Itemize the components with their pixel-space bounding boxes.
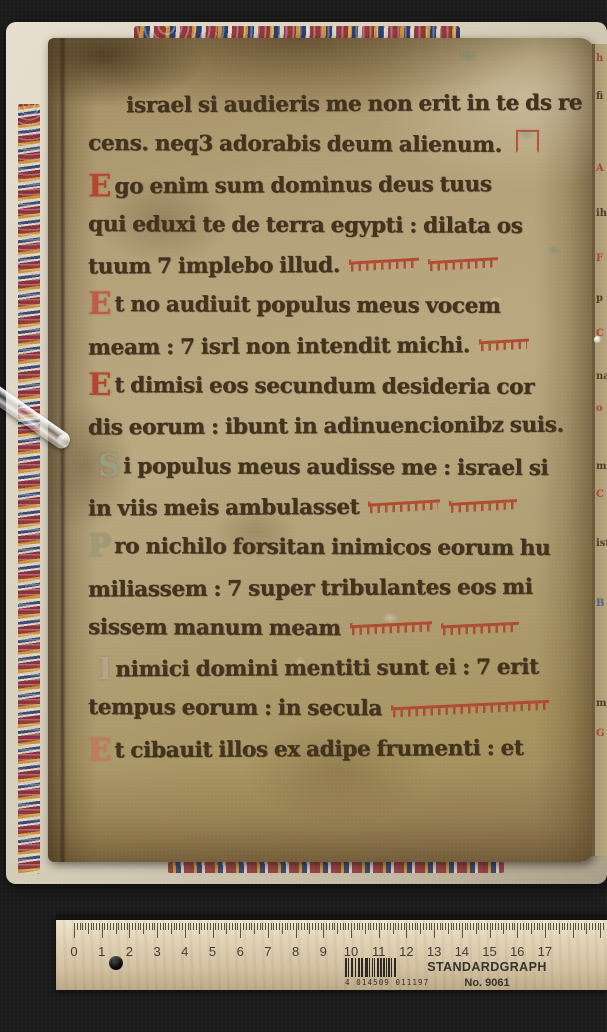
ruler-tick [401, 923, 402, 930]
ruler-tick [451, 923, 452, 930]
ruler-cm-number: 11 [372, 944, 386, 959]
ruler-tick [276, 923, 277, 930]
ruler-tick [82, 923, 83, 930]
barcode-bar [358, 958, 360, 977]
ruler-tick [85, 923, 86, 930]
ruler-tick [174, 923, 175, 930]
ruler-cm-number: 14 [455, 944, 469, 959]
ruler-tick [185, 923, 186, 938]
ruler-tick [528, 923, 529, 930]
ruler-tick [420, 923, 421, 934]
ruler-tick [240, 923, 241, 938]
ruler-tick [440, 923, 441, 930]
rubric-line-filler [350, 619, 432, 638]
barcode-bar [380, 958, 382, 977]
ruler-tick [470, 923, 471, 930]
manuscript-line: Pro nichilo forsitan inimicos eorum hu [88, 526, 570, 568]
ruler-tick [229, 923, 230, 930]
ruler-tick [517, 923, 518, 938]
ruler-tick [584, 923, 585, 930]
ruler-tick [271, 923, 272, 930]
illuminated-initial: E [88, 171, 112, 202]
manuscript-line: Si populus meus audisse me : israel si [88, 446, 570, 488]
ruler-tick [132, 923, 133, 930]
ruler-tick [190, 923, 191, 930]
ruler-tick [381, 923, 382, 930]
illuminated-initial: E [88, 370, 111, 401]
manuscript-line: Et cibauit illos ex adipe frumenti : et [88, 727, 570, 770]
ruler-tick [503, 923, 504, 934]
ruler-tick [312, 923, 313, 930]
ruler-tick [337, 923, 338, 934]
ruler-tick [224, 923, 225, 930]
ruler-tick [135, 923, 136, 930]
manuscript-line: tempus eorum : in secula [88, 687, 570, 729]
ruler-tick [201, 923, 202, 930]
ruler-tick [293, 923, 294, 930]
facing-leaves-fore-edge: hfiAihFpCnaomlCistBmG [592, 44, 607, 856]
ruler-tick [143, 923, 144, 934]
ruler-tick [74, 923, 75, 938]
ruler-tick [163, 923, 164, 930]
ruler-tick [146, 923, 147, 930]
ruler-tick [598, 923, 599, 930]
ruler-tick [448, 923, 449, 934]
ruler-tick [113, 923, 114, 930]
barcode-bar [351, 958, 353, 977]
manuscript-line-text: t dimisi eos secundum desideria cor [114, 373, 534, 400]
barcode-bar [377, 958, 379, 977]
illuminated-initial: S [98, 450, 120, 481]
ruler-tick [434, 923, 435, 938]
ruler-tick [243, 923, 244, 930]
ruler-tick [323, 923, 324, 938]
fore-edge-letter-fragment: C [596, 490, 604, 500]
photograph-of-manuscript: israel si audieris me non erit in te ds … [0, 0, 607, 1032]
ruler-tick [188, 923, 189, 930]
rubric-line-filler [479, 336, 529, 354]
ruler-tick [251, 923, 252, 930]
manuscript-line-text: ro nichilo forsitan inimicos eorum hu [114, 534, 550, 561]
ruler-tick [304, 923, 305, 930]
ruler-tick [215, 923, 216, 930]
barcode-bar [374, 958, 375, 977]
ruler-tick [495, 923, 496, 930]
ruler-tick [359, 923, 360, 930]
ruler-tick [345, 923, 346, 930]
manuscript-line: dis eorum : ibunt in adinuencionibz suis… [88, 405, 570, 448]
barcode-bar [372, 958, 373, 977]
manuscript-line-text: i populus meus audisse me : israel si [123, 453, 548, 480]
ruler-tick [431, 923, 432, 930]
fore-edge-letter-fragment: m [596, 699, 607, 709]
ruler-tick [343, 923, 344, 930]
fore-edge-letter-fragment: G [596, 729, 605, 739]
rubric-line-filler [441, 619, 519, 638]
rubric-line-filler [349, 255, 419, 274]
manuscript-line: qui eduxi te de terra egypti : dilata os [88, 204, 570, 246]
ruler-tick [279, 923, 280, 930]
ruler-tick [127, 923, 128, 930]
ruler-tick [149, 923, 150, 930]
fore-edge-letter-fragment: ih [596, 209, 607, 219]
ruler-tick [154, 923, 155, 930]
illuminated-initial: P [88, 531, 111, 562]
ruler-tick [575, 923, 576, 930]
manuscript-line-text: go enim sum dominus deus tuus [114, 171, 491, 198]
ruler-tick [384, 923, 385, 930]
manuscript-line-text: miliassem : 7 super tribulantes eos mi [88, 574, 533, 602]
ruler-tick [340, 923, 341, 930]
ruler-tick [409, 923, 410, 930]
ruler-tick [481, 923, 482, 930]
ruler-tick [93, 923, 94, 930]
ruler-cm-number: 6 [237, 944, 244, 959]
ruler-tick [467, 923, 468, 930]
ruler-tick [573, 923, 574, 938]
ruler-tick [592, 923, 593, 930]
ruler-tick [523, 923, 524, 930]
ruler-tick [429, 923, 430, 930]
ruler-tick [445, 923, 446, 930]
ruler-tick [210, 923, 211, 930]
ruler-tick [309, 923, 310, 934]
ruler-tick [235, 923, 236, 930]
ruler-tick [329, 923, 330, 930]
ruler-tick [152, 923, 153, 930]
ruler-tick [204, 923, 205, 930]
ruler-tick [512, 923, 513, 930]
ruler-tick [501, 923, 502, 930]
ruler-tick [556, 923, 557, 930]
manuscript-line-text: dis eorum : ibunt in adinuencionibz suis… [88, 413, 564, 441]
ruler-tick [265, 923, 266, 930]
ruler-tick [478, 923, 479, 930]
barcode-bar [345, 958, 347, 977]
fore-edge-letter-fragment: h [596, 54, 603, 64]
ruler-tick [453, 923, 454, 930]
ruler-tick [465, 923, 466, 930]
barcode-bar [369, 958, 370, 977]
ruler-tick [318, 923, 319, 930]
manuscript-line: miliassem : 7 super tribulantes eos mi [88, 566, 570, 609]
ruler-tick [393, 923, 394, 934]
ruler-tick [423, 923, 424, 930]
fore-edge-letter-fragment: ml [596, 462, 607, 472]
ruler-tick [362, 923, 363, 930]
ruler-tick [603, 923, 604, 930]
ruler-tick [348, 923, 349, 930]
manuscript-line-text: tuum 7 implebo illud. [88, 253, 340, 280]
manuscript-line-text: israel si audieris me non erit in te ds … [126, 90, 582, 118]
ruler-tick [91, 923, 92, 930]
ruler-tick [124, 923, 125, 930]
ruler-tick [262, 923, 263, 930]
measuring-ruler: 01234567891011121314151617 4 014509 0111… [56, 914, 607, 990]
ruler-tick [226, 923, 227, 934]
rubric-line-filler [428, 255, 498, 274]
ruler-tick [199, 923, 200, 934]
ruler-tick [273, 923, 274, 930]
ruler-tick [168, 923, 169, 930]
ruler-tick [476, 923, 477, 934]
ruler-tick [182, 923, 183, 930]
ruler-cm-number: 15 [482, 944, 496, 959]
barcode-bar [394, 958, 396, 977]
ruler-tick [80, 923, 81, 930]
ruler-tick [526, 923, 527, 930]
ruler-cm-number: 7 [264, 944, 271, 959]
ruler-cm-number: 8 [292, 944, 299, 959]
barcode-bar [391, 958, 392, 977]
ruler-tick [437, 923, 438, 930]
ruler-tick [373, 923, 374, 930]
barcode-bar [361, 958, 363, 977]
rubric-line-filler [449, 497, 517, 516]
ruler-tick [586, 923, 587, 934]
ruler-cm-number: 13 [427, 944, 441, 959]
ruler-tick [351, 923, 352, 938]
ruler-tick [116, 923, 117, 934]
ruler-tick [102, 923, 103, 938]
ruler-tick [332, 923, 333, 930]
manuscript-line: Ego enim sum dominus deus tuus [88, 163, 570, 206]
ruler-tick [88, 923, 89, 934]
ruler-tick [77, 923, 78, 930]
ruler-tick [426, 923, 427, 930]
barcode-bar [383, 958, 385, 977]
ruler-tick [232, 923, 233, 930]
ruler-tick [459, 923, 460, 930]
ruler-tick [357, 923, 358, 930]
ruler-tick [387, 923, 388, 930]
manuscript-line: Et dimisi eos secundum desideria cor [88, 365, 570, 407]
ruler-tick [595, 923, 596, 930]
ruler-tick [395, 923, 396, 930]
ruler-tick [473, 923, 474, 930]
ruler-tick [282, 923, 283, 934]
ruler-tick [390, 923, 391, 930]
manuscript-line-text: t no audiuit populus meus vocem [114, 292, 500, 319]
manuscript-line-text: tempus eorum : in secula [88, 695, 382, 721]
ruler-tick [578, 923, 579, 930]
fore-edge-letter-fragment: o [596, 404, 603, 414]
ruler-tick [415, 923, 416, 930]
manuscript-line-text: meam : 7 isrl non intendit michi. [88, 333, 470, 360]
ruler-tick [110, 923, 111, 930]
ruler-cm-number: 0 [70, 944, 77, 959]
ruler-tick [600, 923, 601, 938]
ruler-tick [326, 923, 327, 930]
ruler-cm-number: 2 [126, 944, 133, 959]
ruler-tick [129, 923, 130, 938]
ruler-tick [368, 923, 369, 930]
fore-edge-letter-fragment: A [596, 164, 604, 174]
barcode-bar [388, 958, 390, 977]
ruler-tick [370, 923, 371, 930]
ruler-tick [354, 923, 355, 930]
manuscript-line: tuum 7 implebo illud. [88, 244, 570, 287]
ruler-tick [404, 923, 405, 930]
fore-edge-letter-fragment: p [596, 294, 603, 304]
ruler-tick [545, 923, 546, 938]
barcode-bar [355, 958, 356, 977]
ruler-cm-number: 5 [209, 944, 216, 959]
ruler-tick [550, 923, 551, 930]
ruler-tick [406, 923, 407, 938]
ruler-tick [581, 923, 582, 930]
text-block: israel si audieris me non erit in te ds … [88, 84, 570, 769]
ruler-tick [176, 923, 177, 930]
manuscript-line-text: t cibauit illos ex adipe frumenti : et [114, 735, 523, 762]
ruler-tick [334, 923, 335, 930]
ruler-tick [315, 923, 316, 930]
ruler-tick [237, 923, 238, 930]
ruler-tick [498, 923, 499, 930]
manuscript-line-text: cens. neq3 adorabis deum alienum. [88, 131, 502, 158]
ruler-tick [121, 923, 122, 930]
rubric-line-filler [516, 130, 539, 153]
ruler-tick [221, 923, 222, 930]
barcode-bar [365, 958, 368, 977]
ruler-tick [456, 923, 457, 930]
manuscript-line: cens. neq3 adorabis deum alienum. [88, 123, 570, 165]
fore-edge-letter-fragment: ist [596, 539, 607, 549]
manuscript-line: meam : 7 isrl non intendit michi. [88, 324, 570, 367]
ruler-tick [160, 923, 161, 930]
manuscript-line: israel si audieris me non erit in te ds … [88, 83, 570, 126]
marbled-endpaper-edge-left [18, 104, 40, 874]
manuscript-line: Inimici domini mentiti sunt ei : 7 erit [88, 647, 570, 690]
ruler-tick [365, 923, 366, 934]
ruler-tick [553, 923, 554, 930]
ruler-tick [417, 923, 418, 930]
manuscript-line: Et no audiuit populus meus vocem [88, 284, 570, 326]
ruler-tick [589, 923, 590, 930]
ruler-tick [285, 923, 286, 930]
ruler-tick [298, 923, 299, 930]
ruler-tick [179, 923, 180, 930]
fore-edge-letter-fragment: B [596, 599, 604, 609]
ruler-tick [290, 923, 291, 930]
ruler-tick [570, 923, 571, 930]
ruler-tick [260, 923, 261, 930]
barcode-bar [348, 958, 349, 977]
ruler-tick [562, 923, 563, 930]
ruler-tick [379, 923, 380, 938]
ruler-tick [196, 923, 197, 930]
ruler-tick [542, 923, 543, 930]
ruler-tick [506, 923, 507, 930]
ruler-tick [484, 923, 485, 930]
fore-edge-letter-fragment: fi [596, 92, 603, 102]
ruler-tick [412, 923, 413, 930]
ruler-tick [492, 923, 493, 930]
fore-edge-letter-fragment: na [596, 372, 607, 382]
manuscript-line-text: in viis meis ambulasset [88, 494, 359, 521]
ruler-tick [118, 923, 119, 930]
ruler-tick [104, 923, 105, 930]
manuscript-line: in viis meis ambulasset [88, 485, 570, 528]
ruler-tick [462, 923, 463, 938]
illuminated-initial: E [88, 735, 112, 766]
ruler-tick [99, 923, 100, 930]
ruler-tick [559, 923, 560, 934]
ruler-tick [301, 923, 302, 930]
ruler-tick [537, 923, 538, 930]
ruler-model-label: No. 9061 [412, 977, 562, 989]
ruler-cm-number: 1 [98, 944, 105, 959]
ruler-tick [193, 923, 194, 930]
ruler-tick [398, 923, 399, 930]
ruler-tick [514, 923, 515, 930]
ruler-cm-number: 9 [320, 944, 327, 959]
ruler-tick [376, 923, 377, 930]
illuminated-initial: E [88, 289, 111, 320]
ruler-tick [567, 923, 568, 930]
ruler-cm-number: 16 [510, 944, 524, 959]
rubric-line-filler [391, 698, 549, 721]
ruler-tick [548, 923, 549, 930]
ruler-tick [207, 923, 208, 930]
ruler-tick [246, 923, 247, 930]
ruler-tick [490, 923, 491, 938]
ruler-cm-number: 10 [344, 944, 358, 959]
marbled-endpaper-edge-bottom [168, 862, 504, 873]
ruler-tick [96, 923, 97, 930]
ruler-tick [509, 923, 510, 930]
manuscript-line: sissem manum meam [88, 607, 570, 649]
ruler-tick [249, 923, 250, 930]
ruler-tick [520, 923, 521, 930]
ruler-tick [218, 923, 219, 930]
ruler-cm-number: 3 [153, 944, 160, 959]
ruler-tick [442, 923, 443, 930]
ruler-hanging-hole [109, 956, 123, 970]
ruler-tick [487, 923, 488, 930]
ruler-tick [531, 923, 532, 934]
fore-edge-letter-fragment: C [596, 329, 604, 339]
ruler-brand-label: STANDARDGRAPH [412, 960, 562, 974]
ruler-tick [287, 923, 288, 930]
ruler-tick [257, 923, 258, 930]
fore-edge-letter-fragment: F [596, 254, 603, 264]
manuscript-line-text: nimici domini mentiti sunt ei : 7 erit [115, 655, 539, 683]
barcode-bar [386, 958, 387, 977]
ruler-tick [138, 923, 139, 930]
ruler-tick [213, 923, 214, 938]
ruler-tick [268, 923, 269, 938]
manuscript-line-text: sissem manum meam [88, 614, 341, 640]
ruler-tick [165, 923, 166, 930]
ruler-cm-number: 4 [181, 944, 188, 959]
ruler-tick [157, 923, 158, 938]
ruler-tick [296, 923, 297, 938]
ruler-tick [321, 923, 322, 930]
ruler-tick [539, 923, 540, 930]
ruler-tick [534, 923, 535, 930]
ruler-tick [564, 923, 565, 930]
illuminated-initial: I [98, 654, 112, 685]
ruler-tick [254, 923, 255, 934]
rubric-line-filler [368, 497, 440, 516]
ruler-tick [107, 923, 108, 930]
ruler-cm-number: 17 [538, 944, 552, 959]
ruler-tick [307, 923, 308, 930]
ruler-cm-number: 12 [399, 944, 413, 959]
manuscript-line-text: qui eduxi te de terra egypti : dilata os [88, 211, 523, 238]
ruler-tick [140, 923, 141, 930]
